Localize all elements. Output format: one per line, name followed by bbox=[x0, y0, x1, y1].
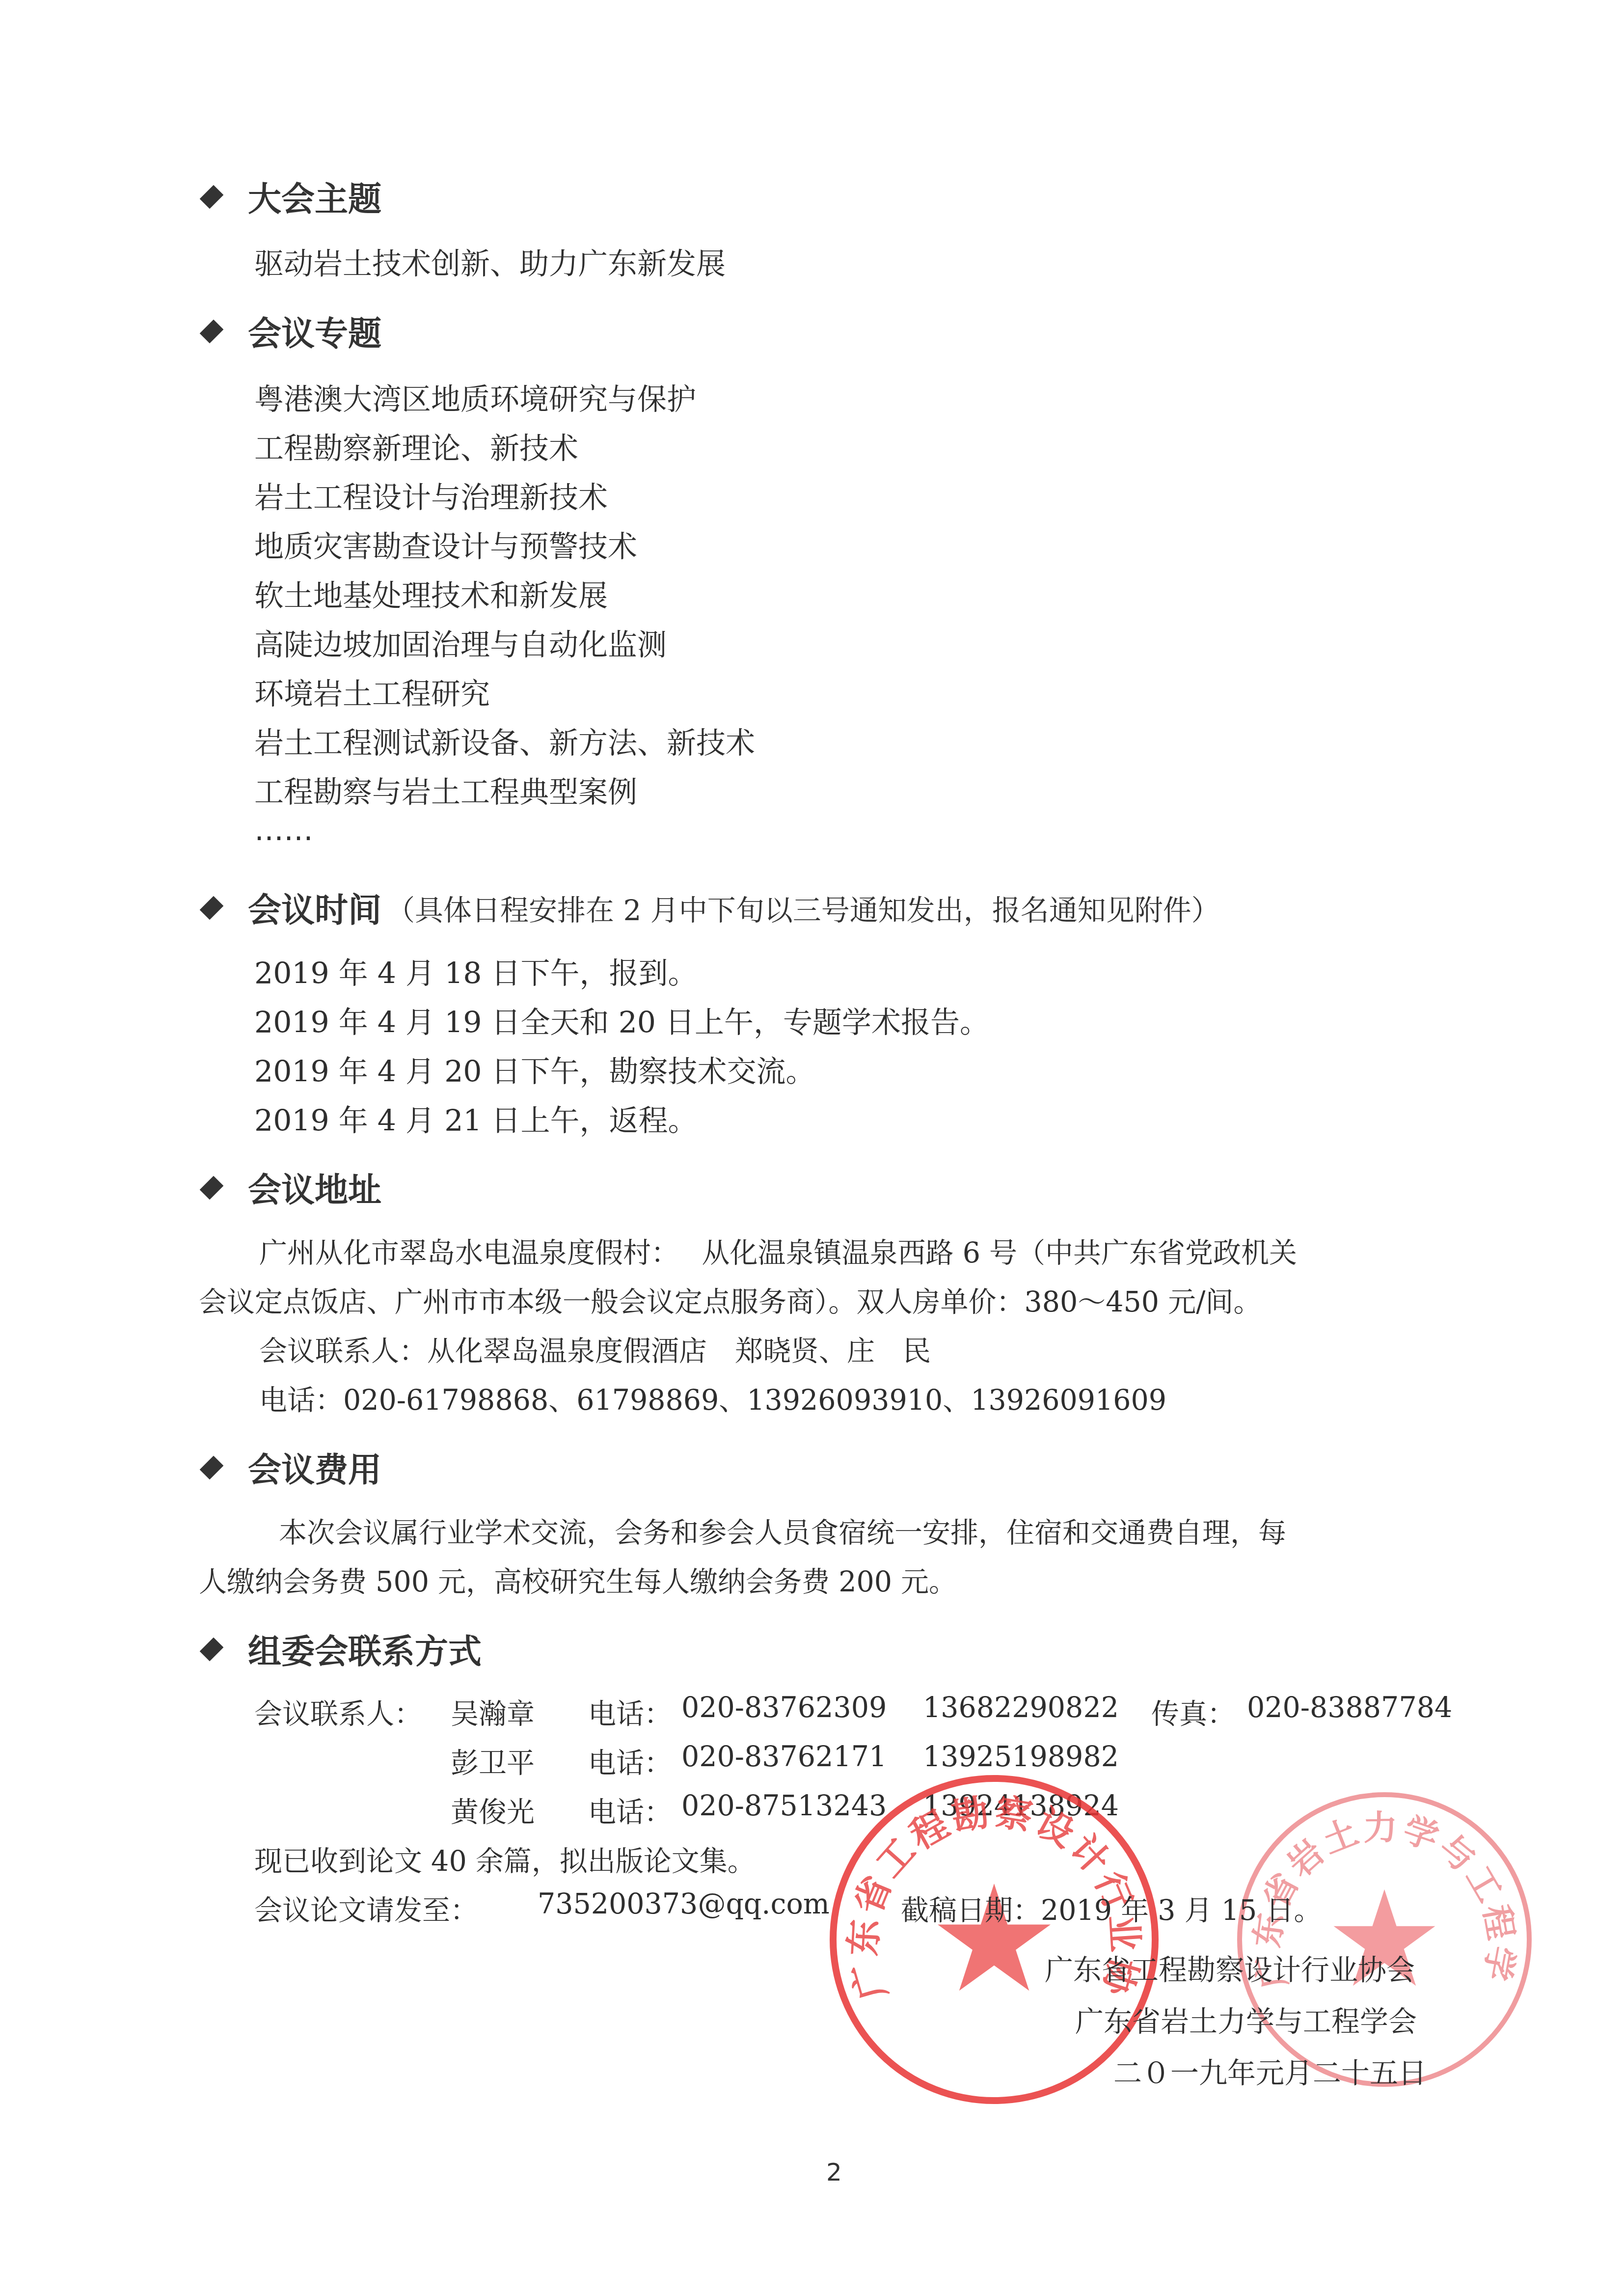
contact-phone-label: 电话： bbox=[588, 1741, 672, 1781]
heading-text: 会议费用 bbox=[248, 1444, 381, 1491]
topic-item: 软土地基处理技术和新发展 bbox=[254, 573, 608, 615]
contact-name: 彭卫平 bbox=[451, 1741, 535, 1781]
topic-item: 岩土工程测试新设备、新方法、新技术 bbox=[254, 720, 755, 762]
diamond-bullet-icon bbox=[200, 319, 224, 343]
contact-name: 黄俊光 bbox=[451, 1790, 535, 1830]
official-seal-right: 广东省岩土力学与工程学会 ★ bbox=[1237, 1792, 1532, 2087]
signature-org-1: 广东省工程勘察设计行业协会 bbox=[1045, 1947, 1415, 1988]
submission-deadline: 截稿日期：2019 年 3 月 15 日。 bbox=[901, 1888, 1322, 1928]
heading-text: 会议专题 bbox=[248, 307, 381, 355]
submit-label: 会议论文请发至： bbox=[254, 1888, 478, 1928]
contact-label: 会议联系人： bbox=[254, 1692, 422, 1732]
topic-item: 工程勘察与岩土工程典型案例 bbox=[254, 769, 637, 811]
section-heading-fees: 会议费用 bbox=[199, 1444, 381, 1491]
fees-line-1: 本次会议属行业学术交流，会务和参会人员食宿统一安排，住宿和交通费自理，每 bbox=[279, 1510, 1286, 1551]
submit-email-link[interactable]: 735200373@qq.com bbox=[538, 1888, 830, 1920]
signature-date: 二０一九年元月二十五日 bbox=[1113, 2050, 1427, 2091]
heading-text: 大会主题 bbox=[248, 173, 381, 220]
contact-phone-label: 电话： bbox=[588, 1790, 672, 1830]
contact-mobile: 13925198982 bbox=[923, 1741, 1119, 1773]
schedule-item: 2019 年 4 月 20 日下午，勘察技术交流。 bbox=[254, 1048, 815, 1091]
section-heading-venue: 会议地址 bbox=[199, 1164, 381, 1211]
topic-item: 工程勘察新理论、新技术 bbox=[254, 425, 578, 467]
heading-text: 组委会联系方式 bbox=[248, 1625, 482, 1673]
contact-fax: 020-83887784 bbox=[1247, 1692, 1452, 1724]
venue-address-line-1: 广州从化市翠岛水电温泉度假村： 从化温泉镇温泉西路 6 号（中共广东省党政机关 bbox=[259, 1230, 1297, 1271]
contact-phone-label: 电话： bbox=[588, 1692, 672, 1732]
official-seal-left: 广东省工程勘察设计行业协会 ★ bbox=[830, 1775, 1159, 2104]
contact-phone: 020-83762171 bbox=[681, 1741, 887, 1773]
venue-contact: 会议联系人：从化翠岛温泉度假酒店 郑晓贤、庄 民 bbox=[259, 1329, 931, 1369]
diamond-bullet-icon bbox=[200, 1455, 224, 1479]
topic-item: 岩土工程设计与治理新技术 bbox=[254, 474, 608, 517]
fees-line-2: 人缴纳会务费 500 元，高校研究生每人缴纳会务费 200 元。 bbox=[199, 1559, 957, 1600]
venue-phone: 电话：020-61798868、61798869、13926093910、139… bbox=[259, 1378, 1166, 1418]
signature-org-2: 广东省岩土力学与工程学会 bbox=[1075, 1998, 1417, 2040]
contact-phone: 020-83762309 bbox=[681, 1692, 887, 1724]
heading-text: 会议时间 bbox=[248, 884, 381, 931]
topic-item-ellipsis: …… bbox=[254, 813, 313, 847]
topic-item: 地质灾害勘查设计与预警技术 bbox=[254, 523, 637, 566]
diamond-bullet-icon bbox=[200, 896, 224, 920]
time-note: （具体日程安排在 2 月中下旬以三号通知发出，报名通知见附件） bbox=[386, 887, 1220, 929]
papers-received: 现已收到论文 40 余篇，拟出版论文集。 bbox=[254, 1839, 756, 1879]
contact-mobile: 13682290822 bbox=[923, 1692, 1119, 1724]
section-heading-theme: 大会主题 bbox=[199, 173, 381, 220]
topic-item: 粤港澳大湾区地质环境研究与保护 bbox=[254, 376, 696, 418]
contact-fax-label: 传真： bbox=[1151, 1692, 1235, 1732]
diamond-bullet-icon bbox=[200, 1175, 224, 1200]
topic-item: 高陡边坡加固治理与自动化监测 bbox=[254, 622, 667, 664]
topic-item: 环境岩土工程研究 bbox=[254, 671, 490, 713]
schedule-item: 2019 年 4 月 18 日下午，报到。 bbox=[254, 950, 698, 992]
schedule-item: 2019 年 4 月 21 日上午，返程。 bbox=[254, 1097, 698, 1140]
document-page: 大会主题 驱动岩土技术创新、助力广东新发展 会议专题 粤港澳大湾区地质环境研究与… bbox=[0, 0, 1623, 2296]
contact-name: 吴瀚章 bbox=[451, 1692, 535, 1732]
schedule-item: 2019 年 4 月 19 日全天和 20 日上午，专题学术报告。 bbox=[254, 999, 989, 1041]
diamond-bullet-icon bbox=[200, 1637, 224, 1661]
section-heading-topics: 会议专题 bbox=[199, 307, 381, 355]
section-heading-committee: 组委会联系方式 bbox=[199, 1625, 482, 1673]
page-number: 2 bbox=[826, 2158, 842, 2187]
theme-content: 驱动岩土技术创新、助力广东新发展 bbox=[254, 241, 726, 283]
heading-text: 会议地址 bbox=[248, 1164, 381, 1211]
section-heading-time: 会议时间 （具体日程安排在 2 月中下旬以三号通知发出，报名通知见附件） bbox=[199, 884, 1220, 931]
venue-address-line-2: 会议定点饭店、广州市市本级一般会议定点服务商）。双人房单价：380～450 元/… bbox=[199, 1280, 1261, 1320]
diamond-bullet-icon bbox=[200, 185, 224, 209]
